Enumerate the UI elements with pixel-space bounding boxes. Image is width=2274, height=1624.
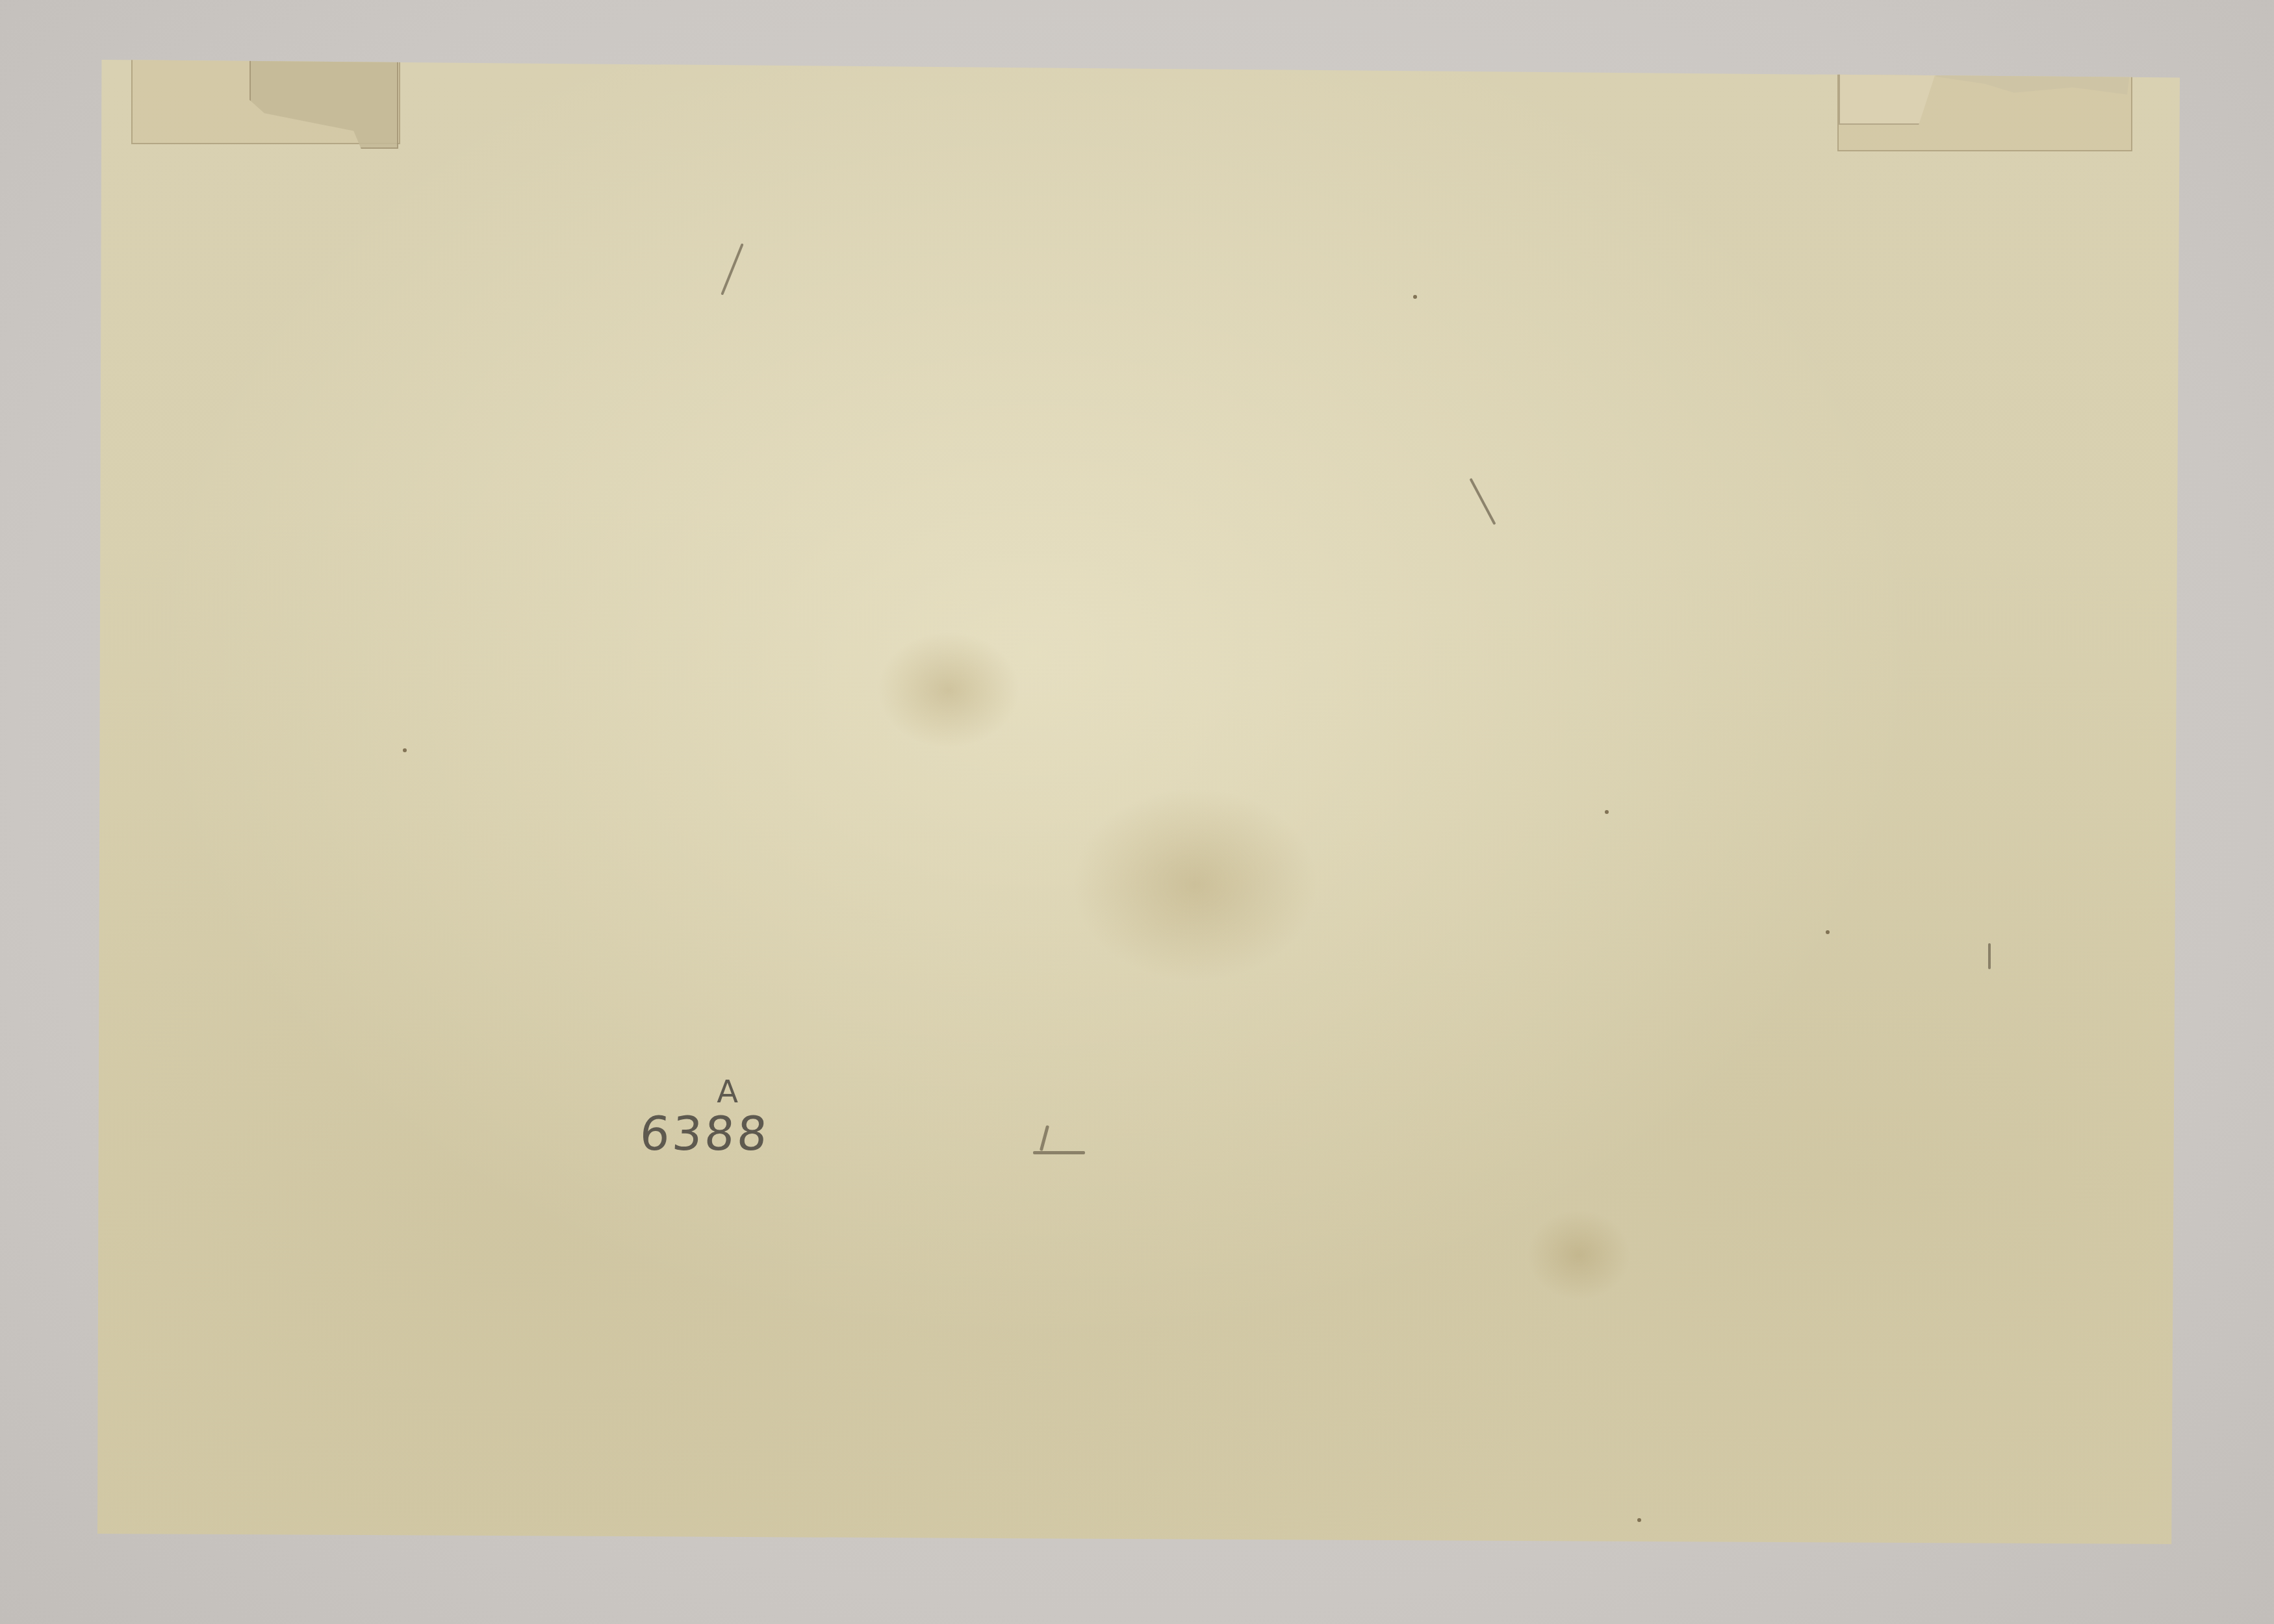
blemish-dot [403,748,407,752]
tape-hinge-top-left [131,60,400,144]
pencil-inventory-annotation: A 6388 [640,1076,769,1157]
foxing-stain [1527,1210,1631,1300]
annotation-number: 6388 [638,1110,771,1157]
blemish-dot [1413,295,1417,299]
paper-sheet-verso: A 6388 [97,60,2180,1544]
blemish-dot [1637,1518,1641,1522]
blemish-dot [1826,930,1830,934]
annotation-letter: A [685,1076,769,1108]
foxing-stain [1072,787,1319,982]
blemish-dot [1605,810,1609,814]
pencil-mark [1469,478,1496,526]
tape-hinge-top-right [1837,68,2132,151]
tape-hinge-flap [249,60,398,149]
foxing-stain [877,631,1020,748]
pencil-mark [1033,1151,1085,1154]
pencil-mark [1040,1125,1049,1151]
pencil-mark [1988,943,1991,969]
pencil-mark [721,243,744,295]
